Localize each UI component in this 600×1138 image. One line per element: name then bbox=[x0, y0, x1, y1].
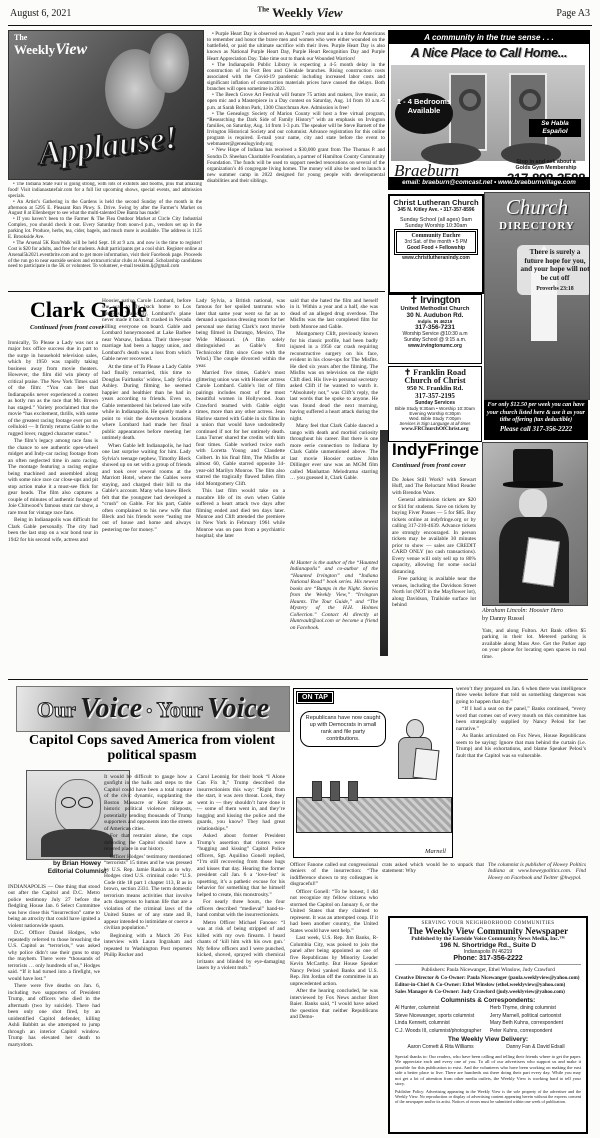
wreath-image bbox=[459, 89, 481, 111]
text-paragraph: For nearly three hours, the four officer… bbox=[197, 899, 285, 918]
text-paragraph: D.C. Officer Daniel Hodges, who repeated… bbox=[8, 930, 100, 982]
ad-tagline: A community in the true sense . . . bbox=[389, 31, 589, 44]
masthead-publishers: Publishers: Paula Nicewanger, Ethel Wins… bbox=[395, 967, 581, 973]
text-paragraph: Ironically, To Please a Lady was not a m… bbox=[8, 340, 98, 437]
door-image bbox=[509, 73, 547, 151]
text-paragraph: Many feel that Clark Gable danced a tang… bbox=[290, 423, 378, 481]
news-briefs-column: • Purple Heart Day is observed on August… bbox=[207, 31, 385, 288]
news-brief: • The Beech Grove Art Festival will feat… bbox=[207, 92, 385, 110]
indyfringe-continued-line: Continued from front cover bbox=[392, 462, 466, 469]
newspaper-masthead: The Weekly View bbox=[0, 5, 600, 21]
voice-column-3: Carol Leonnig for their book “I Alone Ca… bbox=[197, 774, 285, 1112]
masthead-box: SERVING YOUR NEIGHBORHOOD COMMUNITIES Th… bbox=[388, 916, 588, 1134]
columnists-left-list: Al Hunter, columnistSteve Nicewanger, sp… bbox=[395, 1005, 486, 1035]
beer-tap-image bbox=[348, 781, 358, 801]
text-paragraph: Last week, U.S. Rep. Jim Banks, R-Columb… bbox=[290, 935, 378, 987]
text-paragraph: Officer Fanone called out congressional … bbox=[290, 862, 378, 888]
masthead-divider bbox=[395, 964, 581, 965]
voice-headline: Capitol Cops saved America from violent … bbox=[12, 734, 292, 764]
beer-tap-image bbox=[312, 781, 322, 801]
news-brief: • New Hope of Indiana has received a $30… bbox=[207, 147, 385, 184]
columnists-right-list: Herb Thyme, dining columnistJerry Marnel… bbox=[490, 1005, 581, 1035]
masthead-address: 196 N. Shortridge Rd., Suite D bbox=[395, 942, 581, 949]
cartoon-papers bbox=[412, 748, 439, 780]
promo-phone: Please call 317-356-2222 bbox=[500, 425, 572, 433]
text-paragraph: Metro Officer Michael Fanone: “I was at … bbox=[197, 920, 285, 972]
publisher-policy-text: Publisher Policy: Advertising appearing … bbox=[395, 1089, 581, 1104]
delivery-names: Aaron Cornett & Rita Williams bbox=[395, 1044, 486, 1050]
cartoonist-signature: Marnell bbox=[425, 848, 446, 855]
text-paragraph: Being in Indianapolis was difficult for … bbox=[8, 517, 98, 543]
banner-voice: Voice bbox=[80, 693, 142, 724]
text-paragraph: Lady Sylvia, a British national, was fam… bbox=[196, 298, 285, 369]
text-paragraph: At the time of To Please a Lady Gable ha… bbox=[102, 364, 191, 442]
delivery-names: Danny Fan & David Edsall bbox=[490, 1044, 581, 1050]
columnist-shoulders-image bbox=[41, 829, 113, 857]
indyfringe-headline: IndyFringe bbox=[392, 440, 479, 460]
golds-gym-note: Stop in and ask about a Golds Gym Member… bbox=[509, 159, 583, 172]
logo-view: View bbox=[55, 41, 87, 58]
church-service: Sunday Worship 10:30am bbox=[390, 223, 482, 229]
text-paragraph: The film’s legacy among race fans is the… bbox=[8, 438, 98, 516]
church-website: www.christlutheranindy.com bbox=[390, 255, 482, 261]
owner-line: Sales Manager & Co-Owner: Judy Crawford … bbox=[395, 989, 581, 995]
gable-author-bio: Al Hunter is the author of the “Haunted … bbox=[290, 560, 378, 674]
indyfringe-column-1: Do Jokes Still Work? with Stewart Huff, … bbox=[392, 477, 476, 675]
columnist-name: Herb Thyme, dining columnist bbox=[490, 1005, 581, 1011]
verse-box: There is surely a future hope for you, a… bbox=[517, 245, 590, 295]
directory-promo: For only $12.50 per week you can have yo… bbox=[484, 400, 588, 440]
voice-banner: Our Voice • Your Voice bbox=[16, 686, 290, 732]
section-rule bbox=[8, 291, 385, 292]
irvington-umc-listing: ✝ Irvington United Methodist Church 30 N… bbox=[388, 294, 482, 364]
masthead-owners: Creative Director & Co-Owner: Paula Nice… bbox=[395, 975, 581, 995]
wreath-image bbox=[519, 89, 541, 111]
text-paragraph: As Banks articulated on Fox News, House … bbox=[456, 733, 586, 759]
glasses-image bbox=[61, 797, 76, 808]
ad-email-bar: email: braeburn@comcast.net • www.braebu… bbox=[389, 177, 589, 189]
voice-columnist-bio: The columnist is publisher of Howey Poli… bbox=[488, 862, 586, 912]
news-brief: • The Genealogy Society of Marion County… bbox=[207, 111, 385, 148]
masthead-the: The bbox=[257, 6, 269, 14]
text-paragraph: INDIANAPOLIS — One thing that stood out … bbox=[8, 884, 100, 929]
euchre-box: Community Euchre 3rd Sat. of the month •… bbox=[396, 231, 476, 253]
text-paragraph: Yats, and along Fulton. Art Bank offers … bbox=[482, 628, 586, 660]
masthead-phone: Phone: 317-356-2222 bbox=[395, 955, 581, 962]
church-subname: Church of Christ bbox=[389, 376, 481, 385]
news-brief: • An Artist’s Gathering in the Gardens i… bbox=[8, 200, 202, 218]
news-brief: • Purple Heart Day is observed on August… bbox=[207, 31, 385, 62]
voice-column-5: weren’t they prepared on Jan. 6 when the… bbox=[456, 686, 586, 856]
news-brief: • If you haven’t been to the Farmer & Th… bbox=[8, 217, 202, 241]
glasses-image bbox=[78, 797, 93, 808]
promo-text: For only $12.50 per week you can have yo… bbox=[487, 402, 585, 423]
church-address: 950 N. Franklin Rd. bbox=[389, 385, 481, 392]
masthead-title: The Weekly View Community Newspaper bbox=[395, 926, 581, 936]
applause-title: Applause! bbox=[11, 117, 204, 177]
text-paragraph: After the hearing concluded, he was inte… bbox=[290, 988, 378, 1020]
text-paragraph: Free parking is available near the venue… bbox=[392, 576, 476, 608]
top-hat-image bbox=[513, 449, 553, 483]
text-paragraph: Montgomery Clift, previously known for h… bbox=[290, 331, 378, 422]
euchre-line: Good Food + Fellowship bbox=[398, 245, 474, 251]
actor-face-image bbox=[519, 489, 547, 519]
church-website: www.irvingtonumc.org bbox=[389, 343, 481, 349]
braeburn-apartments-ad: A community in the true sense . . . A Ni… bbox=[388, 30, 590, 190]
gable-column-3: Lady Sylvia, a British national, was fam… bbox=[196, 298, 285, 674]
banner-your: Your bbox=[156, 697, 202, 722]
columnist-name: Mary Beth Kuhns, correspondent bbox=[490, 1020, 581, 1026]
top-hat-image bbox=[503, 481, 563, 488]
logo-weekly: Weekly bbox=[14, 42, 55, 57]
columnist-name: Jerry Marnell, political cartoonist bbox=[490, 1013, 581, 1019]
owner-line: Creative Director & Co-Owner: Paula Nice… bbox=[395, 975, 581, 981]
church-phone: 317-357-2195 bbox=[389, 392, 481, 400]
columnist-name: Peter Kuhns, correspondent bbox=[490, 1028, 581, 1034]
text-paragraph: Beginning with a March 26 Fox interview … bbox=[104, 933, 192, 959]
church-name: Christ Lutheran Church bbox=[390, 198, 482, 207]
political-cartoon: ON TAP Republicans have now caught up wi… bbox=[293, 688, 453, 858]
speech-bubble: Republicans have now caught up with Demo… bbox=[300, 711, 386, 747]
text-paragraph: Do Jokes Still Work? with Stewart Huff, … bbox=[392, 477, 476, 496]
ad-title: A Nice Place to Call Home... bbox=[389, 44, 589, 60]
se-habla-badge: Se Habla Español bbox=[529, 119, 581, 137]
voice-column-4b: crats asked which would be to unpack tha… bbox=[382, 862, 484, 910]
door-image bbox=[449, 73, 487, 151]
ad-address: 2170 Braeburn E. Dr. bbox=[394, 189, 482, 190]
bible-verse: There is surely a future hope for you, a… bbox=[520, 248, 590, 283]
columnists-header: Columnists & Correspondents: bbox=[395, 997, 581, 1004]
photo-caption-title: Abraham Lincoln: Hoosier Hero bbox=[482, 607, 586, 614]
text-paragraph: When Gable left Indianapolis, he had one… bbox=[102, 443, 191, 534]
church-address: 345 N. Kitley Ave. • 317-357-8596 bbox=[390, 207, 482, 213]
text-paragraph: General admission tickets are $20 or $14… bbox=[392, 497, 476, 575]
voice-column-4: Officer Fanone called out congressional … bbox=[290, 862, 378, 1112]
text-paragraph: Asked about former President Trump’s ass… bbox=[197, 833, 285, 898]
christ-lutheran-listing: Christ Lutheran Church 345 N. Kitley Ave… bbox=[388, 194, 484, 294]
photo-caption-byline: by Danny Russel bbox=[482, 615, 586, 622]
bedrooms-badge: 1 - 4 Bedrooms Available bbox=[395, 93, 453, 134]
page-number: Page A3 bbox=[556, 8, 590, 19]
cartoon-bar-counter bbox=[296, 797, 452, 833]
indyfringe-column-2: Yats, and along Fulton. Art Bank offers … bbox=[482, 628, 586, 676]
owner-line: Editor-in-Chief & Co-Owner: Ethel Winslo… bbox=[395, 982, 581, 988]
news-brief: • The Indianapolis Public Library is exp… bbox=[207, 62, 385, 93]
applause-logo: The WeeklyView bbox=[14, 34, 87, 58]
columnist-name: Steve Nicewanger, sports columnist bbox=[395, 1013, 486, 1019]
text-paragraph: Officer Gonell: “To be honest, I did not… bbox=[290, 889, 378, 934]
text-paragraph: It would be difficult to gauge how a gun… bbox=[104, 774, 192, 832]
columnist-name: Linda Kennett, columnist bbox=[395, 1020, 486, 1026]
text-paragraph: “If I had a seat on the panel,” Banks co… bbox=[456, 706, 586, 732]
gable-column-4: said that she hated the film and herself… bbox=[290, 298, 378, 588]
news-brief: • The Arsenal 5K Run/Walk will be held S… bbox=[8, 241, 202, 270]
cartoon-figure-head bbox=[406, 719, 424, 739]
banner-dot: • bbox=[146, 701, 152, 721]
applause-photo: The WeeklyView Applause! bbox=[8, 30, 204, 180]
section-rule bbox=[8, 679, 588, 680]
franklin-road-listing: ✝ Franklin Road Church of Christ 950 N. … bbox=[388, 366, 482, 442]
banner-our: Our bbox=[37, 697, 76, 722]
masthead-weekly: Weekly bbox=[272, 5, 313, 20]
newspaper-page: August 6, 2021 The Weekly View Page A3 T… bbox=[0, 0, 600, 1138]
text-paragraph: There were five deaths on Jan. 6, includ… bbox=[8, 983, 100, 1048]
church-name: ✝ Irvington bbox=[389, 295, 481, 306]
cartoon-title: ON TAP bbox=[297, 692, 333, 703]
text-paragraph: crats asked which would be to unpack tha… bbox=[382, 862, 484, 875]
text-paragraph: Carol Leonnig for their book “I Alone Ca… bbox=[197, 774, 285, 832]
special-thanks-text: Special thanks to: Our readers, who have… bbox=[395, 1054, 581, 1087]
church-address: 30 N. Audubon Rd. bbox=[389, 312, 481, 319]
delivery-header: The Weekly View Delivery: bbox=[395, 1036, 581, 1043]
vertical-photo-strip bbox=[380, 430, 388, 656]
church-website: www.FRChurchOfChrist.org bbox=[389, 426, 481, 432]
news-brief: • The Indiana State Fair is going strong… bbox=[8, 182, 202, 200]
verse-reference: Proverbs 23:18 bbox=[520, 286, 590, 292]
voice-column-2: It would be difficult to gauge how a gun… bbox=[104, 774, 192, 1112]
text-paragraph: weren’t they prepared on Jan. 6 when the… bbox=[456, 686, 586, 705]
text-paragraph: Officer Hodges’ testimony mentioned “ter… bbox=[104, 854, 192, 932]
directory-title-church: Church bbox=[485, 195, 589, 220]
lincoln-actor-photo bbox=[482, 442, 588, 606]
columnist-name: Al Hunter, columnist bbox=[395, 1005, 486, 1011]
gable-column-1: Ironically, To Please a Lady was not a m… bbox=[8, 340, 98, 674]
text-paragraph: said that she hated the film and herself… bbox=[290, 298, 378, 330]
church-directory-panel: Church DIRECTORY There is surely a futur… bbox=[484, 192, 590, 400]
gable-continued-line: Continued from front cover bbox=[30, 324, 104, 331]
text-paragraph: Married five times, Gable’s most glitter… bbox=[196, 370, 285, 487]
church-phone: 317-356-7231 bbox=[389, 324, 481, 331]
gable-column-2: Hoosier native Carole Lombard, before sh… bbox=[102, 298, 191, 674]
church-directory: Christ Lutheran Church 345 N. Kitley Ave… bbox=[388, 192, 588, 440]
cross-icon: ✝ bbox=[410, 295, 418, 306]
masthead-view: View bbox=[317, 5, 343, 20]
text-paragraph: This last film would take on a macabre l… bbox=[196, 488, 285, 540]
beer-tap-image bbox=[330, 781, 340, 801]
applause-briefs-column: • The Indiana State Fair is going strong… bbox=[8, 182, 202, 288]
columnist-name: C.J. Woods III, columnist/photographer bbox=[395, 1028, 486, 1034]
header-rule bbox=[8, 25, 592, 26]
paper-prop-image bbox=[522, 537, 560, 587]
text-paragraph: For that restraint alone, the cops defen… bbox=[104, 833, 192, 852]
text-paragraph: Hoosier native Carole Lombard, before sh… bbox=[102, 298, 191, 363]
clapping-hands-image bbox=[149, 33, 189, 93]
voice-column-1: INDIANAPOLIS — One thing that stood out … bbox=[8, 884, 100, 1112]
banner-voice: Voice bbox=[207, 693, 269, 724]
directory-title-directory: DIRECTORY bbox=[485, 220, 589, 232]
